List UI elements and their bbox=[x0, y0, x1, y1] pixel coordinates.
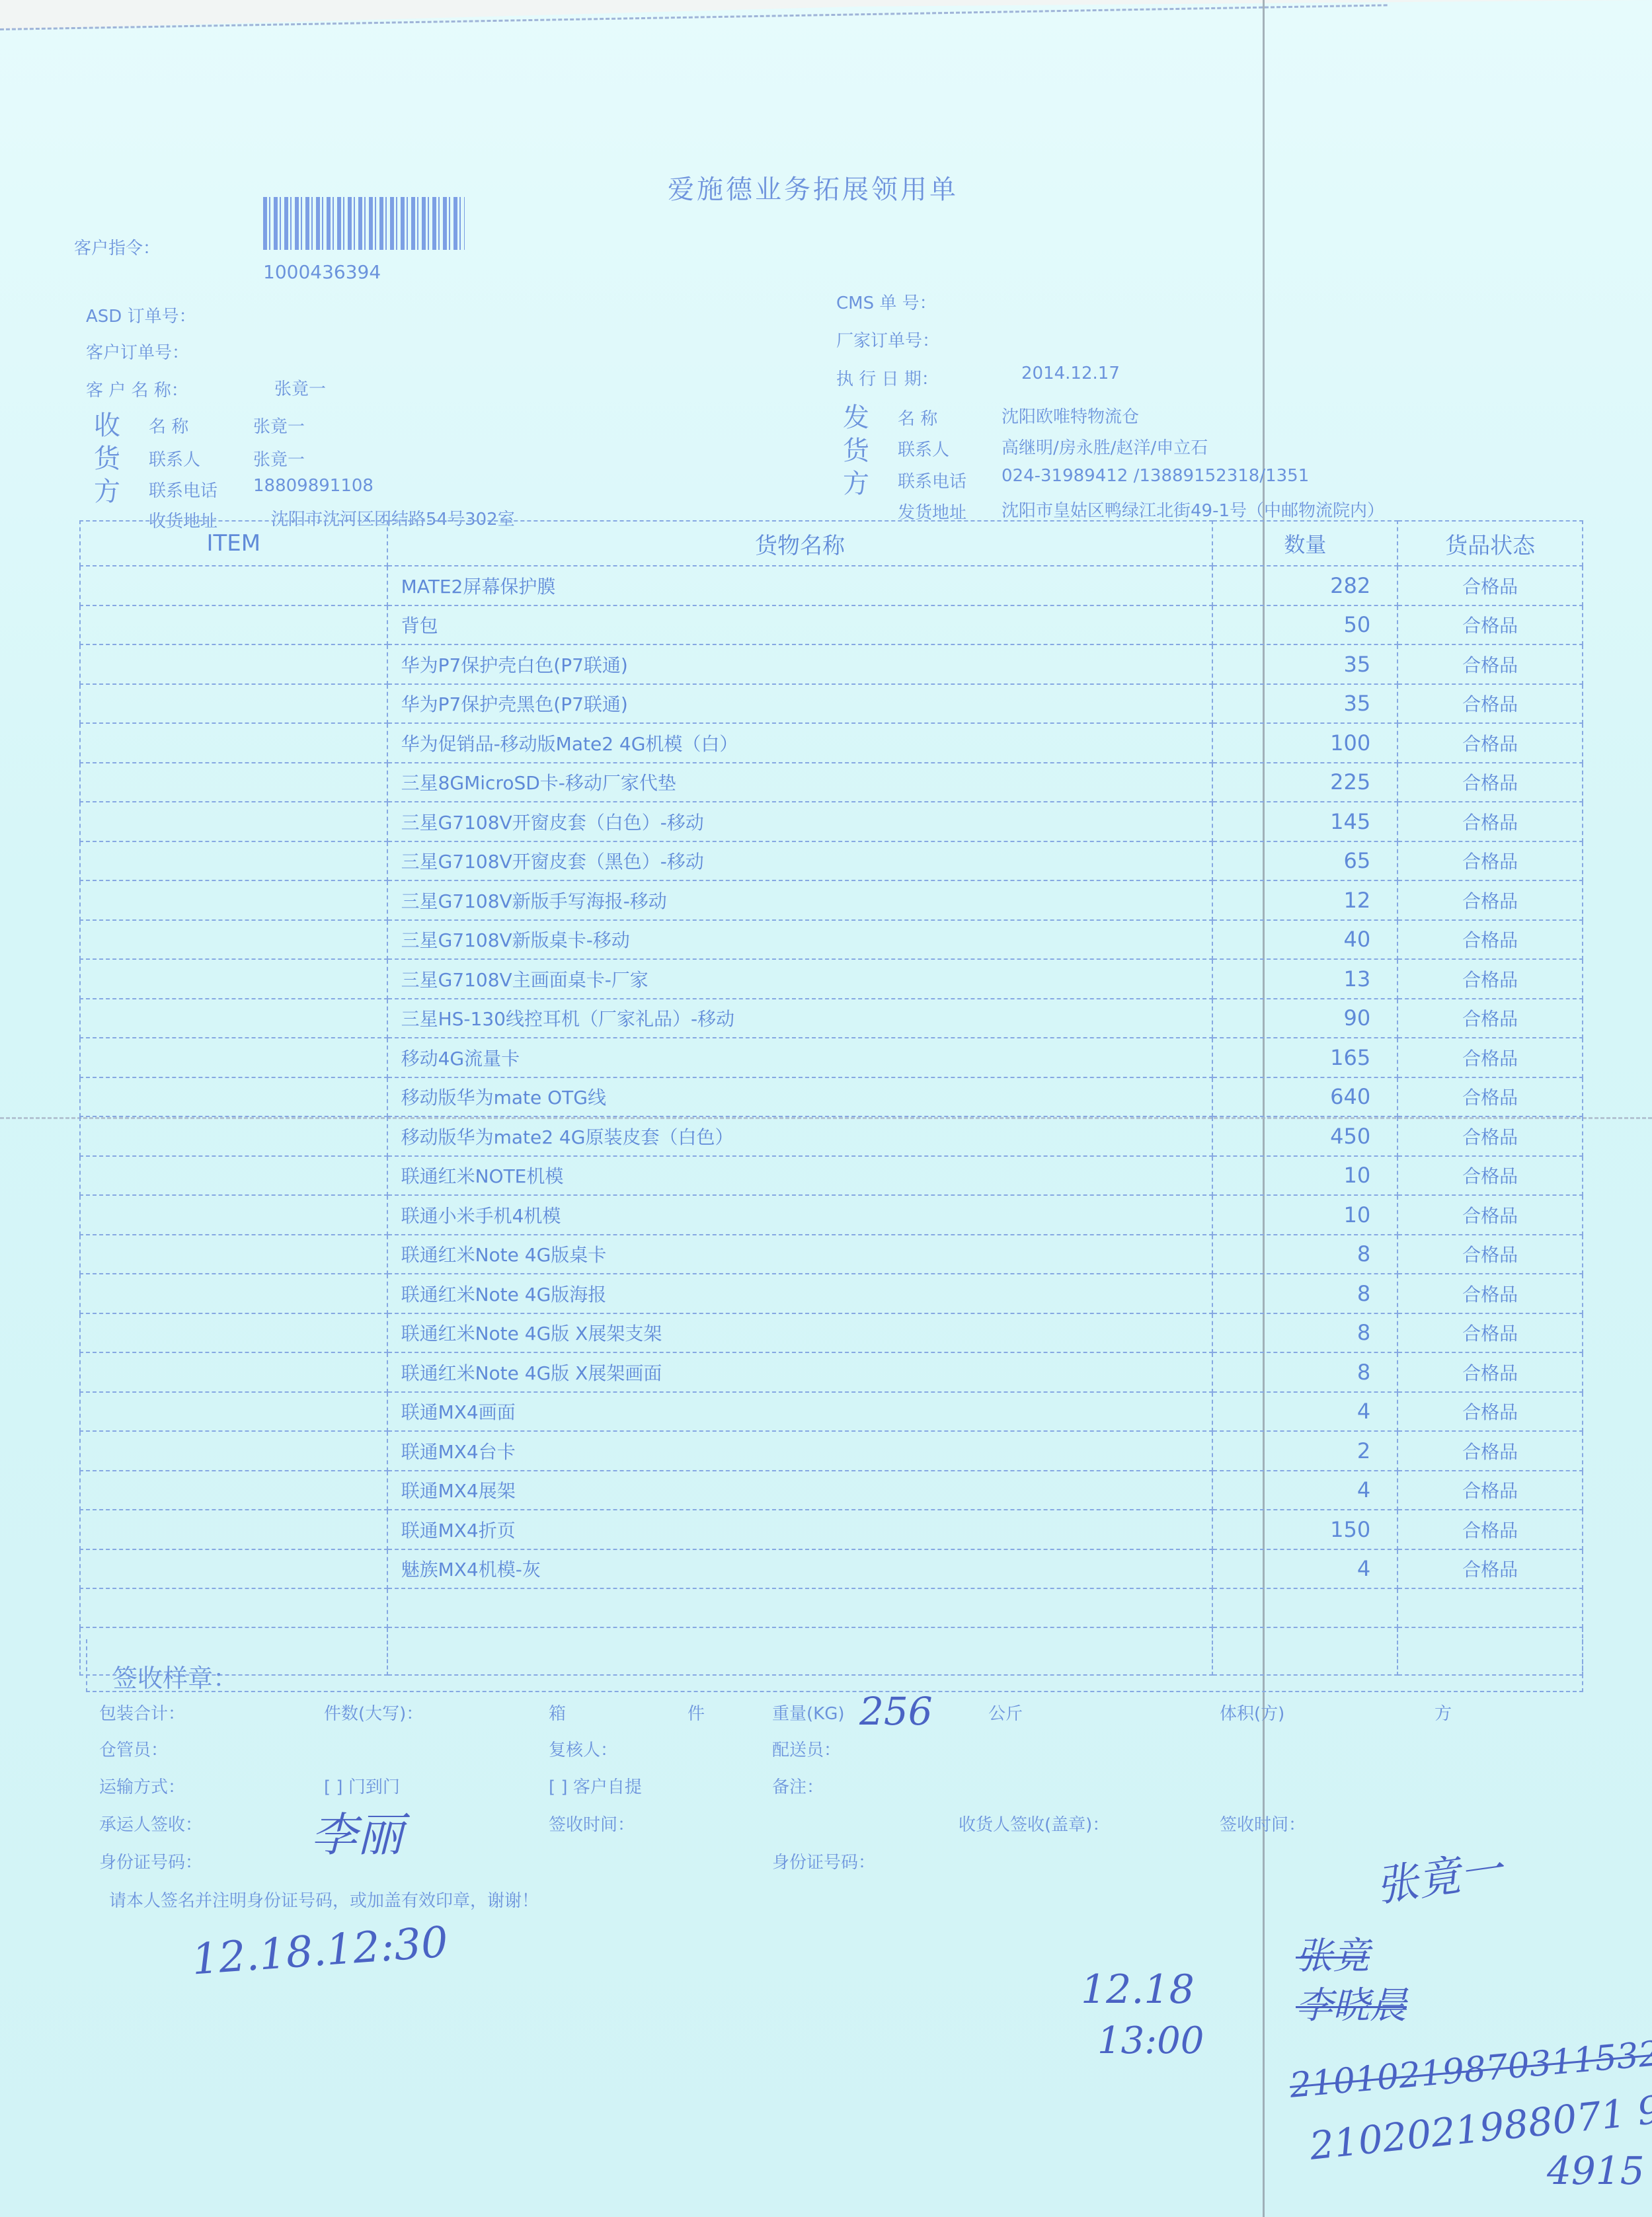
cell-status: 合格品 bbox=[1397, 1549, 1583, 1589]
cell-name: 移动版华为mate OTG线 bbox=[387, 1077, 1213, 1117]
sender-address-value: 沈阳市皇姑区鸭绿江北街49-1号（中邮物流院内） bbox=[1002, 497, 1384, 522]
transport-method-label: 运输方式： bbox=[99, 1773, 185, 1798]
consignee-sign-label: 收货人签收(盖章)： bbox=[959, 1811, 1109, 1836]
table-row: 三星G7108V开窗皮套（黑色）-移动65合格品 bbox=[80, 841, 1583, 881]
sender-side-char-1: 发 bbox=[843, 397, 869, 434]
cell-status: 合格品 bbox=[1397, 684, 1583, 724]
piece-unit-label: 件 bbox=[688, 1700, 705, 1725]
table-row-empty bbox=[80, 1588, 1583, 1627]
cell-qty: 145 bbox=[1212, 802, 1397, 841]
cell-qty: 225 bbox=[1212, 763, 1397, 802]
cell-status: 合格品 bbox=[1397, 880, 1583, 920]
cell-name: 联通小米手机4机模 bbox=[387, 1195, 1213, 1235]
receiver-side-char-2: 货 bbox=[94, 438, 120, 475]
cell-qty: 10 bbox=[1212, 1156, 1397, 1196]
weight-handwritten-value: 256 bbox=[859, 1689, 933, 1734]
cell-item bbox=[80, 763, 387, 802]
cell-name: 联通MX4展架 bbox=[387, 1471, 1213, 1510]
cell-item bbox=[80, 1274, 387, 1313]
consignee-id-label: 身份证号码： bbox=[772, 1849, 875, 1873]
cell-name: 三星G7108V主画面桌卡-厂家 bbox=[387, 959, 1213, 999]
consignee-id-line-2: 4915 bbox=[1547, 2148, 1645, 2193]
table-row: 三星G7108V主画面桌卡-厂家13合格品 bbox=[80, 959, 1583, 999]
table-row: 魅族MX4机模-灰4合格品 bbox=[80, 1549, 1583, 1589]
weight-unit: 公斤 bbox=[988, 1700, 1023, 1725]
table-row: 三星G7108V开窗皮套（白色）-移动145合格品 bbox=[80, 802, 1583, 841]
table-row: MATE2屏幕保护膜282合格品 bbox=[80, 566, 1583, 605]
cell-qty: 8 bbox=[1212, 1352, 1397, 1392]
cell-status: 合格品 bbox=[1397, 605, 1583, 645]
cell-qty: 50 bbox=[1212, 605, 1397, 645]
cell-name: 三星G7108V开窗皮套（白色）-移动 bbox=[387, 802, 1213, 841]
table-row: 联通MX4台卡2合格品 bbox=[80, 1431, 1583, 1471]
cell-item bbox=[80, 1471, 387, 1510]
table-row: 联通MX4展架4合格品 bbox=[80, 1471, 1583, 1510]
table-row: 华为促销品-移动版Mate2 4G机模（白）100合格品 bbox=[80, 723, 1583, 763]
customer-order-label: 客户订单号： bbox=[86, 339, 189, 364]
sender-contact-label: 联系人 bbox=[898, 436, 949, 461]
exec-date-label: 执 行 日 期： bbox=[836, 366, 939, 390]
header-name: 货物名称 bbox=[387, 521, 1213, 566]
table-row: 联通红米Note 4G版桌卡8合格品 bbox=[80, 1235, 1583, 1274]
cell-item bbox=[80, 920, 387, 960]
sender-side-char-2: 货 bbox=[843, 430, 869, 467]
cell-qty: 150 bbox=[1212, 1510, 1397, 1549]
cell-status: 合格品 bbox=[1397, 1077, 1583, 1117]
customer-instruction-label: 客户指令： bbox=[74, 235, 160, 259]
cell-status: 合格品 bbox=[1397, 723, 1583, 763]
cell-item bbox=[80, 566, 387, 605]
cell-qty: 4 bbox=[1212, 1471, 1397, 1510]
crossed-out-name-2: 李晓晨 bbox=[1296, 1976, 1407, 2029]
cell-name: 三星8GMicroSD卡-移动厂家代垫 bbox=[387, 763, 1213, 802]
table-row: 三星G7108V新版手写海报-移动12合格品 bbox=[80, 880, 1583, 920]
cell-status: 合格品 bbox=[1397, 841, 1583, 881]
cell-status: 合格品 bbox=[1397, 1195, 1583, 1235]
cell-status: 合格品 bbox=[1397, 644, 1583, 684]
items-table: ITEM 货物名称 数量 货品状态 MATE2屏幕保护膜282合格品 背包50合… bbox=[79, 520, 1583, 1676]
cell-status: 合格品 bbox=[1397, 1392, 1583, 1432]
receiver-side-char-3: 方 bbox=[94, 471, 120, 508]
cell-item bbox=[80, 1431, 387, 1471]
cell-qty: 165 bbox=[1212, 1038, 1397, 1077]
asd-order-label: ASD 订单号： bbox=[86, 303, 196, 327]
cell-item bbox=[80, 1392, 387, 1432]
cell-status: 合格品 bbox=[1397, 1235, 1583, 1274]
table-row: 三星G7108V新版桌卡-移动40合格品 bbox=[80, 920, 1583, 960]
receiver-contact-label: 联系人 bbox=[149, 446, 200, 471]
warehouse-keeper-label: 仓管员： bbox=[99, 1736, 168, 1761]
cell-qty: 40 bbox=[1212, 920, 1397, 960]
delivery-person-label: 配送员： bbox=[772, 1736, 841, 1761]
cell-status: 合格品 bbox=[1397, 763, 1583, 802]
cell-name: 华为促销品-移动版Mate2 4G机模（白） bbox=[387, 723, 1213, 763]
carrier-sign-time-label: 签收时间： bbox=[549, 1811, 635, 1836]
header-qty: 数量 bbox=[1212, 521, 1397, 566]
cell-status: 合格品 bbox=[1397, 920, 1583, 960]
cell-name: 联通MX4画面 bbox=[387, 1392, 1213, 1432]
sender-phone-label: 联系电话 bbox=[898, 468, 966, 492]
consignee-date-handwritten: 12.18 bbox=[1081, 1966, 1195, 2013]
remark-label: 备注： bbox=[772, 1773, 824, 1798]
volume-label: 体积(方) bbox=[1220, 1700, 1284, 1725]
table-row: 华为P7保护壳白色(P7联通)35合格品 bbox=[80, 644, 1583, 684]
table-header-row: ITEM 货物名称 数量 货品状态 bbox=[80, 521, 1583, 566]
cell-name: 联通红米NOTE机模 bbox=[387, 1156, 1213, 1196]
cell-item bbox=[80, 1510, 387, 1549]
cell-name: 联通红米Note 4G版桌卡 bbox=[387, 1235, 1213, 1274]
box-label: 箱 bbox=[549, 1700, 566, 1725]
reviewer-label: 复核人： bbox=[549, 1736, 617, 1761]
self-pickup-checkbox[interactable]: [ ] 客户自提 bbox=[549, 1773, 642, 1798]
cell-status: 合格品 bbox=[1397, 1431, 1583, 1471]
cell-item bbox=[80, 1195, 387, 1235]
cell-qty: 90 bbox=[1212, 999, 1397, 1038]
sender-phone-value: 024-31989412 /13889152318/1351 bbox=[1002, 466, 1309, 486]
cell-qty: 8 bbox=[1212, 1313, 1397, 1353]
cell-name: 三星G7108V开窗皮套（黑色）-移动 bbox=[387, 841, 1213, 881]
cell-item bbox=[80, 684, 387, 724]
table-row: 华为P7保护壳黑色(P7联通)35合格品 bbox=[80, 684, 1583, 724]
sign-stamp-label: 签收样章： bbox=[112, 1658, 238, 1694]
customer-name-label: 客 户 名 称： bbox=[86, 377, 188, 401]
sender-side-char-3: 方 bbox=[843, 463, 869, 500]
cell-name: 华为P7保护壳黑色(P7联通) bbox=[387, 684, 1213, 724]
carrier-sign-label: 承运人签收： bbox=[99, 1811, 202, 1836]
cell-qty: 13 bbox=[1212, 959, 1397, 999]
cell-name: 联通红米Note 4G版海报 bbox=[387, 1274, 1213, 1313]
cms-label: CMS 单 号： bbox=[836, 290, 937, 314]
cell-status: 合格品 bbox=[1397, 1274, 1583, 1313]
cell-status: 合格品 bbox=[1397, 1510, 1583, 1549]
cell-item bbox=[80, 802, 387, 841]
sender-contact-value: 高继明/房永胜/赵洋/申立石 bbox=[1002, 434, 1208, 459]
exec-date-value: 2014.12.17 bbox=[1021, 364, 1120, 383]
cell-name: 背包 bbox=[387, 605, 1213, 645]
table-row: 联通红米NOTE机模10合格品 bbox=[80, 1156, 1583, 1196]
barcode-icon bbox=[263, 197, 465, 250]
cell-status: 合格品 bbox=[1397, 1313, 1583, 1353]
cell-name: MATE2屏幕保护膜 bbox=[387, 566, 1213, 605]
cell-name: 联通MX4台卡 bbox=[387, 1431, 1213, 1471]
cell-item bbox=[80, 644, 387, 684]
cell-qty: 4 bbox=[1212, 1549, 1397, 1589]
cell-status: 合格品 bbox=[1397, 1156, 1583, 1196]
customer-name-value: 张竟一 bbox=[274, 375, 326, 400]
cell-qty: 8 bbox=[1212, 1274, 1397, 1313]
cell-qty: 282 bbox=[1212, 566, 1397, 605]
cell-item bbox=[80, 1352, 387, 1392]
cell-status: 合格品 bbox=[1397, 1352, 1583, 1392]
cell-qty: 450 bbox=[1212, 1116, 1397, 1156]
sender-name-value: 沈阳欧唯特物流仓 bbox=[1002, 403, 1139, 428]
cell-name: 移动4G流量卡 bbox=[387, 1038, 1213, 1077]
cell-item bbox=[80, 1116, 387, 1156]
pieces-label: 件数(大写)： bbox=[324, 1700, 423, 1725]
cell-status: 合格品 bbox=[1397, 1471, 1583, 1510]
cell-item bbox=[80, 880, 387, 920]
cell-status: 合格品 bbox=[1397, 959, 1583, 999]
carrier-signature: 李丽 bbox=[311, 1798, 403, 1865]
cell-item bbox=[80, 1077, 387, 1117]
receiver-phone-label: 联系电话 bbox=[149, 477, 217, 502]
cell-name: 三星G7108V新版桌卡-移动 bbox=[387, 920, 1213, 960]
receiver-name-label: 名 称 bbox=[149, 413, 188, 438]
cell-status: 合格品 bbox=[1397, 1116, 1583, 1156]
cell-status: 合格品 bbox=[1397, 999, 1583, 1038]
consignee-time-handwritten: 13:00 bbox=[1097, 2019, 1204, 2062]
cell-status: 合格品 bbox=[1397, 1038, 1583, 1077]
cell-item bbox=[80, 959, 387, 999]
cell-item bbox=[80, 605, 387, 645]
cell-item bbox=[80, 1549, 387, 1589]
table-row: 联通红米Note 4G版 X展架支架8合格品 bbox=[80, 1313, 1583, 1353]
signature-notice: 请本人签名并注明身份证号码，或加盖有效印章，谢谢！ bbox=[109, 1887, 539, 1912]
weight-label: 重量(KG) bbox=[772, 1700, 845, 1725]
cell-item bbox=[80, 1038, 387, 1077]
cell-item bbox=[80, 1313, 387, 1353]
table-row: 联通小米手机4机模10合格品 bbox=[80, 1195, 1583, 1235]
table-row: 移动版华为mate2 4G原装皮套（白色）450合格品 bbox=[80, 1116, 1583, 1156]
sender-name-label: 名 称 bbox=[898, 405, 937, 430]
consignee-sign-time-label: 签收时间： bbox=[1220, 1811, 1306, 1836]
package-total-label: 包装合计： bbox=[99, 1700, 185, 1725]
door-to-door-checkbox[interactable]: [ ] 门到门 bbox=[324, 1773, 400, 1798]
table-row: 联通红米Note 4G版海报8合格品 bbox=[80, 1274, 1583, 1313]
factory-order-label: 厂家订单号： bbox=[836, 327, 939, 352]
cell-qty: 10 bbox=[1212, 1195, 1397, 1235]
cell-qty: 35 bbox=[1212, 684, 1397, 724]
cell-qty: 8 bbox=[1212, 1235, 1397, 1274]
cell-qty: 65 bbox=[1212, 841, 1397, 881]
volume-unit: 方 bbox=[1435, 1700, 1452, 1725]
cell-name: 三星G7108V新版手写海报-移动 bbox=[387, 880, 1213, 920]
header-status: 货品状态 bbox=[1397, 521, 1583, 566]
cell-item bbox=[80, 1235, 387, 1274]
cell-status: 合格品 bbox=[1397, 566, 1583, 605]
table-row: 移动版华为mate OTG线640合格品 bbox=[80, 1077, 1583, 1117]
table-row: 移动4G流量卡165合格品 bbox=[80, 1038, 1583, 1077]
cell-qty: 4 bbox=[1212, 1392, 1397, 1432]
carrier-id-label: 身份证号码： bbox=[99, 1849, 202, 1873]
cell-qty: 12 bbox=[1212, 880, 1397, 920]
cell-item bbox=[80, 1156, 387, 1196]
cell-status: 合格品 bbox=[1397, 802, 1583, 841]
cell-name: 华为P7保护壳白色(P7联通) bbox=[387, 644, 1213, 684]
table-row: 联通MX4折页150合格品 bbox=[80, 1510, 1583, 1549]
document-title: 爱施德业务拓展领用单 bbox=[668, 169, 959, 206]
receiver-side-char-1: 收 bbox=[94, 405, 120, 442]
cell-name: 移动版华为mate2 4G原装皮套（白色） bbox=[387, 1116, 1213, 1156]
table-row: 三星HS-130线控耳机（厂家礼品）-移动90合格品 bbox=[80, 999, 1583, 1038]
cell-name: 魅族MX4机模-灰 bbox=[387, 1549, 1213, 1589]
crossed-out-name-1: 张竟 bbox=[1296, 1927, 1370, 1980]
customer-instruction-value: 1000436394 bbox=[263, 261, 381, 283]
cell-item bbox=[80, 999, 387, 1038]
receiver-name-value: 张竟一 bbox=[253, 413, 305, 438]
cell-qty: 640 bbox=[1212, 1077, 1397, 1117]
cell-item bbox=[80, 723, 387, 763]
table-row: 背包50合格品 bbox=[80, 605, 1583, 645]
cell-qty: 100 bbox=[1212, 723, 1397, 763]
table-row: 联通红米Note 4G版 X展架画面8合格品 bbox=[80, 1352, 1583, 1392]
cell-qty: 35 bbox=[1212, 644, 1397, 684]
cell-name: 三星HS-130线控耳机（厂家礼品）-移动 bbox=[387, 999, 1213, 1038]
cell-name: 联通红米Note 4G版 X展架支架 bbox=[387, 1313, 1213, 1353]
table-row: 三星8GMicroSD卡-移动厂家代垫225合格品 bbox=[80, 763, 1583, 802]
sign-stamp-box bbox=[86, 1639, 1583, 1692]
cell-name: 联通红米Note 4G版 X展架画面 bbox=[387, 1352, 1213, 1392]
header-item: ITEM bbox=[80, 521, 387, 566]
table-row: 联通MX4画面4合格品 bbox=[80, 1392, 1583, 1432]
cell-name: 联通MX4折页 bbox=[387, 1510, 1213, 1549]
receiver-phone-value: 18809891108 bbox=[253, 476, 374, 496]
cell-qty: 2 bbox=[1212, 1431, 1397, 1471]
receiver-contact-value: 张竟一 bbox=[253, 446, 305, 471]
cell-item bbox=[80, 841, 387, 881]
